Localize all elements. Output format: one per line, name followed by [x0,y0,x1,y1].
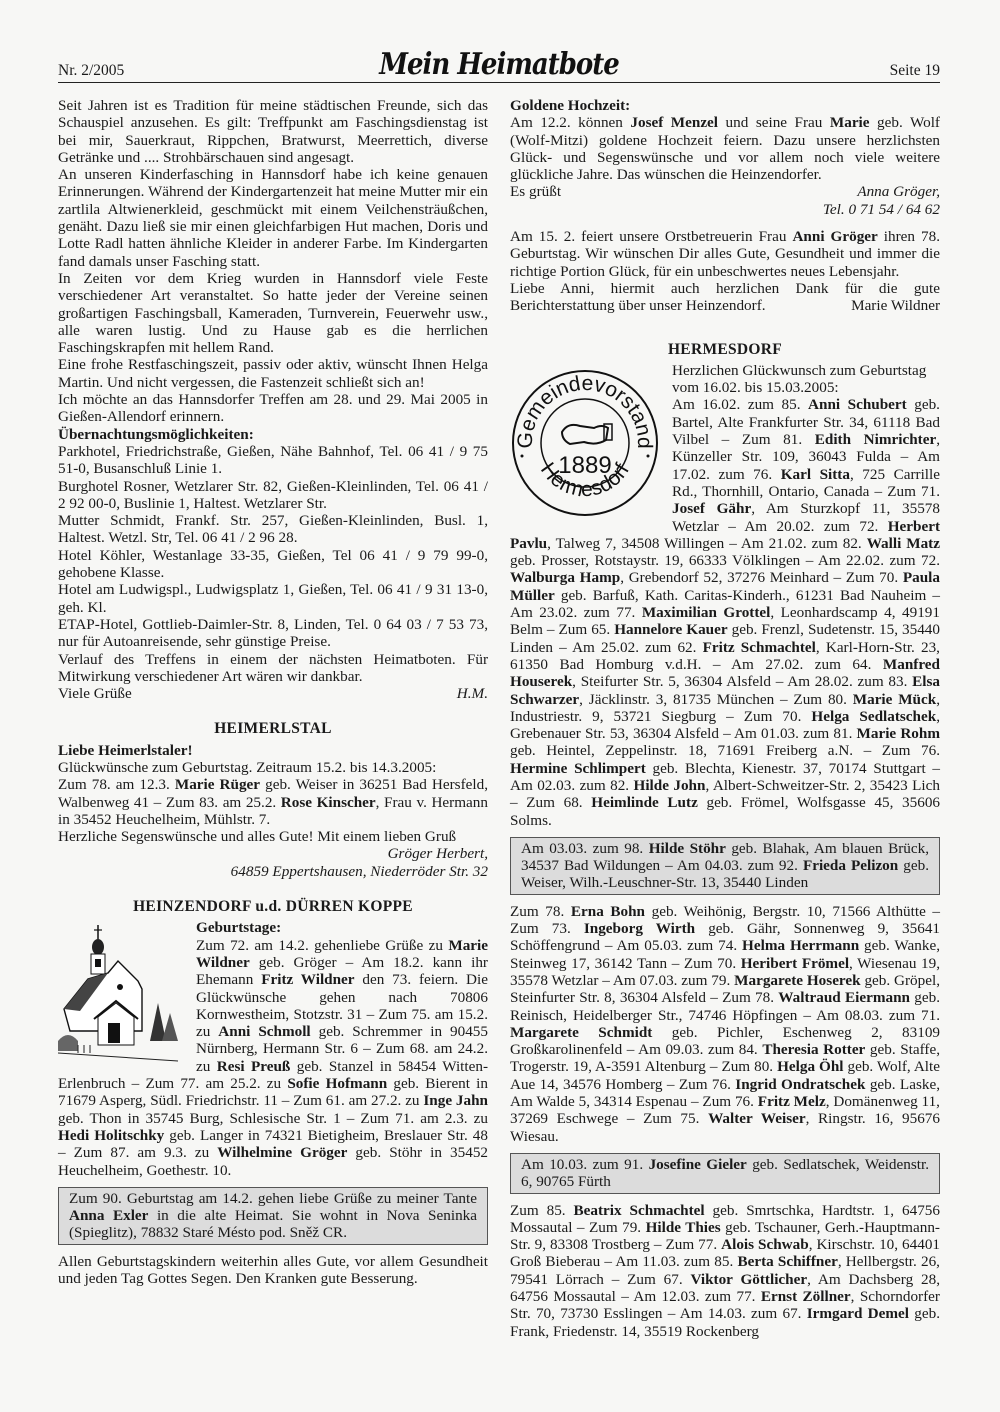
text-run: geb. Prosser, Rotstaystr. 19, 66333 Völk… [510,552,940,569]
person-name: Hilde John [634,777,706,794]
signature-phone: Tel. 0 71 54 / 64 62 [510,201,940,218]
person-name: Berta Schiffner [737,1253,837,1270]
text-run: Am 16.02. zum 85. [672,396,808,413]
section-title-heimerlstal: HEIMERLSTAL [58,720,488,737]
highlight-box: Zum 90. Geburtstag am 14.2. gehen liebe … [58,1187,488,1245]
person-name: Alois Schwab [721,1236,809,1253]
paragraph: Am 15. 2. feiert unsere Orstbetreuerin F… [510,228,940,280]
newspaper-page: Nr. 2/2005 Mein Heimatbote Seite 19 Seit… [58,52,940,83]
text-run: , Jäcklinstr. 3, 81735 München – Zum 80. [579,691,853,708]
person-name: Rose Kinscher [281,794,376,811]
person-name: Theresia Rotter [762,1041,865,1058]
person-name: Irmgard Demel [807,1305,909,1322]
paragraph: Liebe Anni, hiermit auch herzlichen Dank… [510,280,940,315]
lodging-item: Burghotel Rosner, Wetzlarer Str. 82, Gie… [58,478,488,513]
church-illustration [58,921,186,1073]
paragraph: An unseren Kinderfasching in Hannsdorf h… [58,166,488,270]
signature: Gröger Herbert, [58,845,488,862]
person-name: Walter Weiser [708,1110,806,1127]
person-name: Heimlinde Lutz [591,794,698,811]
paragraph: Glückwünsche zum Geburtstag. Zeitraum 15… [58,759,488,776]
person-name: Marie Rohm [857,725,940,742]
left-column: Seit Jahren ist es Tradition für meine s… [58,97,488,1287]
highlight-box: Am 10.03. zum 91. Josefine Gieler geb. S… [510,1153,940,1194]
greeting: Liebe Heimerlstaler! [58,742,488,759]
person-name: Waltraud Eiermann [778,989,910,1006]
lodging-item: Mutter Schmidt, Frankf. Str. 257, Gießen… [58,512,488,547]
person-name: Hedi Holitschky [58,1127,164,1144]
person-name: Ernst Zöllner [761,1288,851,1305]
text-run: , Talweg 7, 34508 Willingen – Am 21.02. … [547,535,867,552]
lodging-heading: Übernachtungsmöglichkeiten: [58,426,488,443]
person-name: Helga Öhl [777,1058,843,1075]
lodging-item: ETAP-Hotel, Gottlieb-Daimler-Str. 8, Lin… [58,616,488,651]
paragraph: Allen Geburtstagskindern weiterhin alles… [58,1253,488,1288]
person-name: Fritz Wildner [261,971,354,988]
paragraph: Am 12.2. können Josef Menzel und seine F… [510,114,940,183]
person-name: Anna Exler [69,1207,148,1224]
closing-text: Viele Grüße [58,685,132,702]
text-run: , Grebendorf 52, 37276 Meinhard – Zum 70… [620,569,903,586]
person-name: Resi Preuß [217,1058,291,1075]
page-number: Seite 19 [890,62,940,80]
svg-text:1889: 1889 [558,452,611,479]
person-name: Fritz Schmachtel [703,639,816,656]
person-name: Erna Bohn [571,903,645,920]
paragraph: Ich möchte an das Hannsdorfer Treffen am… [58,391,488,426]
person-name: Helma Herrmann [742,937,859,954]
person-name: Heribert Frömel [741,955,849,972]
golden-wedding-heading: Goldene Hochzeit: [510,97,940,114]
person-name: Hermine Schlimpert [510,760,646,777]
paragraph: Herzliche Segenswünsche und alles Gute! … [58,828,488,845]
closing-signature: H.M. [457,685,488,702]
birthday-paragraph: Zum 78. am 12.3. Marie Rüger geb. Weiser… [58,776,488,828]
person-name: Ingrid Ondratschek [735,1076,865,1093]
person-name: Edith Nimrichter [815,431,936,448]
text-run: , Steifurter Str. 5, 36304 Alsfeld – Am … [572,673,912,690]
paragraph: Eine frohe Restfaschingszeit, passiv ode… [58,356,488,391]
lodging-item: Hotel Köhler, Westanlage 33-35, Gießen, … [58,547,488,582]
person-name: Josef Gähr [672,500,751,517]
right-column: Goldene Hochzeit: Am 12.2. können Josef … [510,97,940,1340]
text-run: Am 03.03. zum 98. [521,840,649,857]
signature: Anna Gröger, [857,183,940,200]
paragraph: Seit Jahren ist es Tradition für meine s… [58,97,488,166]
municipal-stamp: Gemeindevorstand Hermesdorf 1889 [510,368,660,522]
person-name: Hannelore Kauer [614,621,727,638]
greeting-row: Es grüßt Anna Gröger, [510,183,940,200]
person-name: Josefine Gieler [649,1156,747,1173]
person-name: Ingeborg Wirth [584,920,695,937]
person-name: Margarete Schmidt [510,1024,652,1041]
section-title-hermesdorf: HERMESDORF [510,341,940,358]
person-name: Frieda Pelizon [803,857,898,874]
person-name: Anni Schubert [808,396,907,413]
text-run: Zum 78. [510,903,571,920]
person-name: Marie [830,114,870,131]
text-run: geb. Heintel, Zeppelinstr. 18, 71691 Fre… [510,742,940,759]
birthday-list: Zum 85. Beatrix Schmachtel geb. Smrtschk… [510,1202,940,1340]
svg-text:Gemeindevorstand: Gemeindevorstand [514,372,656,449]
person-name: Walli Matz [867,535,940,552]
person-name: Josef Menzel [630,114,718,131]
stamp-icon: Gemeindevorstand Hermesdorf 1889 [510,368,660,518]
masthead-logo: Mein Heimatbote [379,48,619,83]
signature-address: 64859 Eppertshausen, Niederröder Str. 32 [58,863,488,880]
closing-row: Viele Grüße H.M. [58,685,488,702]
person-name: Wilhelmine Gröger [217,1144,347,1161]
section-title-heinzendorf: HEINZENDORF u.d. DÜRREN KOPPE [58,898,488,915]
paragraph: Verlauf des Treffens in einem der nächst… [58,651,488,686]
signature: Marie Wildner [851,297,940,314]
person-name: Anni Gröger [792,228,877,245]
person-name: Marie Rüger [175,776,260,793]
person-name: Viktor Göttlicher [690,1271,807,1288]
person-name: Margarete Hoserek [734,972,860,989]
person-name: Helga Sedlatschek [811,708,936,725]
person-name: Maximilian Grottel [642,604,771,621]
person-name: Anni Schmoll [218,1023,310,1040]
highlight-box: Am 03.03. zum 98. Hilde Stöhr geb. Blaha… [510,837,940,895]
person-name: Karl Sitta [781,466,850,483]
person-name: Inge Jahn [423,1092,488,1109]
text-run: Am 10.03. zum 91. [521,1156,649,1173]
paragraph: In Zeiten vor dem Krieg wurden in Hannsd… [58,270,488,356]
lodging-item: Parkhotel, Friedrichstraße, Gießen, Nähe… [58,443,488,478]
person-name: Hilde Stöhr [649,840,726,857]
person-name: Walburga Hamp [510,569,620,586]
page-header: Nr. 2/2005 Mein Heimatbote Seite 19 [58,52,940,83]
person-name: Hilde Thies [646,1219,721,1236]
lodging-item: Hotel am Ludwigspl., Ludwigsplatz 1, Gie… [58,581,488,616]
person-name: Marie Mück [853,691,936,708]
church-icon [58,921,186,1069]
person-name: Fritz Melz [758,1093,826,1110]
text-run: Zum 85. [510,1202,574,1219]
issue-number: Nr. 2/2005 [58,62,124,80]
person-name: Beatrix Schmachtel [574,1202,705,1219]
birthday-list: Zum 78. Erna Bohn geb. Weihönig, Bergstr… [510,903,940,1145]
person-name: Sofie Hofmann [287,1075,387,1092]
